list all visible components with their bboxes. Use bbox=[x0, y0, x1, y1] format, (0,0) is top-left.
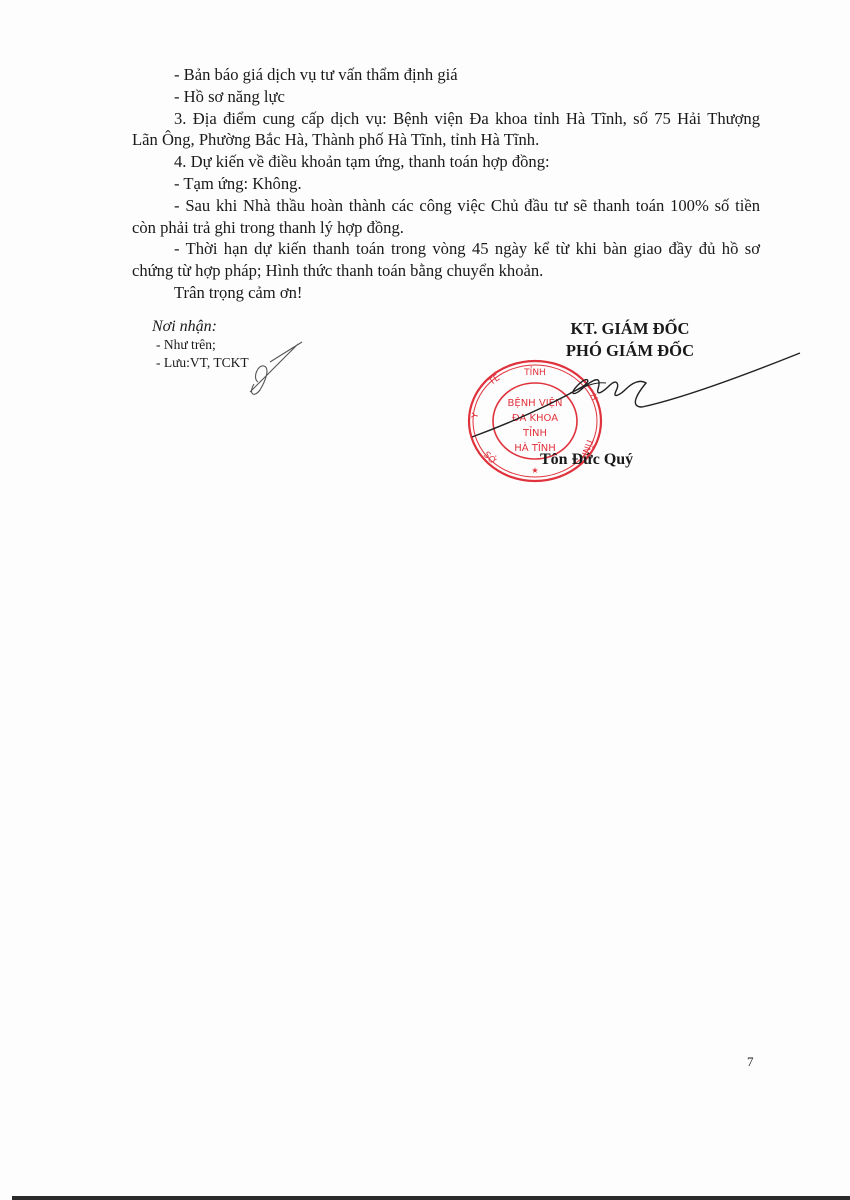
signer-name: Tôn Đức Quý bbox=[540, 451, 633, 469]
text-line: Trân trọng cảm ơn! bbox=[132, 282, 760, 304]
signature-title-line1: KT. GIÁM ĐỐC bbox=[500, 318, 760, 340]
page-number: 7 bbox=[747, 1054, 754, 1070]
text-line: - Sau khi Nhà thầu hoàn thành các công v… bbox=[132, 195, 760, 217]
text-line: Lãn Ông, Phường Bắc Hà, Thành phố Hà Tĩn… bbox=[132, 129, 760, 151]
scan-edge-bar bbox=[12, 1196, 850, 1200]
recipients-title: Nơi nhận: bbox=[152, 318, 249, 336]
text-line: - Thời hạn dự kiến thanh toán trong vòng… bbox=[132, 238, 760, 260]
text-line: chứng từ hợp pháp; Hình thức thanh toán … bbox=[132, 260, 760, 282]
svg-text:★: ★ bbox=[531, 466, 538, 475]
text-line: 4. Dự kiến về điều khoản tạm ứng, thanh … bbox=[132, 151, 760, 173]
text-line: - Bản báo giá dịch vụ tư vấn thẩm định g… bbox=[132, 64, 760, 86]
text-line: còn phải trả ghi trong thanh lý hợp đồng… bbox=[132, 217, 760, 239]
document-body: - Bản báo giá dịch vụ tư vấn thẩm định g… bbox=[132, 64, 760, 304]
handwritten-signature-icon bbox=[470, 345, 810, 465]
text-line: - Tạm ứng: Không. bbox=[132, 173, 760, 195]
recipients-block: Nơi nhận: - Như trên; - Lưu:VT, TCKT bbox=[152, 318, 249, 372]
text-line: 3. Địa điểm cung cấp dịch vụ: Bệnh viện … bbox=[132, 108, 760, 130]
recipient-item: - Như trên; bbox=[152, 336, 249, 354]
text-line: - Hồ sơ năng lực bbox=[132, 86, 760, 108]
initials-signature-icon bbox=[240, 340, 310, 400]
document-page: - Bản báo giá dịch vụ tư vấn thẩm định g… bbox=[0, 0, 850, 1200]
recipient-item: - Lưu:VT, TCKT bbox=[152, 354, 249, 372]
